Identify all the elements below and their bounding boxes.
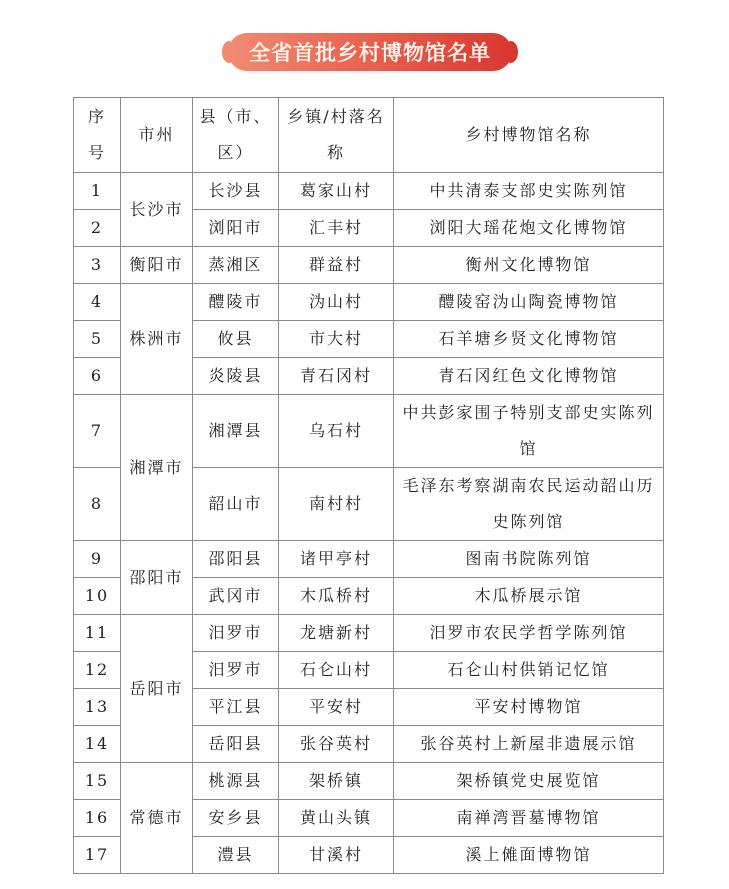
table-row: 11 岳阳市 汨罗市 龙塘新村 汨罗市农民学哲学陈列馆 — [74, 615, 664, 652]
village-cell: 诸甲亭村 — [279, 541, 394, 578]
table-row: 1 长沙市 长沙县 葛家山村 中共清泰支部史实陈列馆 — [74, 173, 664, 210]
county-cell: 浏阳市 — [193, 210, 279, 247]
row-index: 14 — [74, 726, 121, 763]
county-cell: 岳阳县 — [193, 726, 279, 763]
museum-cell: 张谷英村上新屋非遗展示馆 — [394, 726, 664, 763]
table-row: 7 湘潭市 湘潭县 乌石村 中共彭家围子特别支部史实陈列馆 — [74, 395, 664, 468]
village-cell: 龙塘新村 — [279, 615, 394, 652]
village-cell: 木瓜桥村 — [279, 578, 394, 615]
village-cell: 葛家山村 — [279, 173, 394, 210]
title-banner: 全省首批乡村博物馆名单 — [228, 33, 512, 71]
village-cell: 架桥镇 — [279, 763, 394, 800]
row-index: 12 — [74, 652, 121, 689]
county-cell: 邵阳县 — [193, 541, 279, 578]
city-cell: 长沙市 — [121, 173, 193, 247]
row-index: 4 — [74, 284, 121, 321]
county-cell: 长沙县 — [193, 173, 279, 210]
row-index: 10 — [74, 578, 121, 615]
village-cell: 南村村 — [279, 468, 394, 541]
row-index: 11 — [74, 615, 121, 652]
village-cell: 平安村 — [279, 689, 394, 726]
table-header-row: 序号 市州 县（市、区） 乡镇/村落名称 乡村博物馆名称 — [74, 98, 664, 173]
row-index: 1 — [74, 173, 121, 210]
museum-cell: 溪上傩面博物馆 — [394, 837, 664, 874]
row-index: 2 — [74, 210, 121, 247]
village-cell: 青石冈村 — [279, 358, 394, 395]
village-cell: 市大村 — [279, 321, 394, 358]
table-row: 15 常德市 桃源县 架桥镇 架桥镇党史展览馆 — [74, 763, 664, 800]
row-index: 6 — [74, 358, 121, 395]
county-cell: 韶山市 — [193, 468, 279, 541]
museum-cell: 汨罗市农民学哲学陈列馆 — [394, 615, 664, 652]
village-cell: 甘溪村 — [279, 837, 394, 874]
county-cell: 澧县 — [193, 837, 279, 874]
row-index: 13 — [74, 689, 121, 726]
header-index: 序号 — [74, 98, 121, 173]
museum-cell: 醴陵窑沩山陶瓷博物馆 — [394, 284, 664, 321]
page-title: 全省首批乡村博物馆名单 — [249, 37, 491, 67]
village-cell: 汇丰村 — [279, 210, 394, 247]
museum-cell: 图南书院陈列馆 — [394, 541, 664, 578]
museum-cell: 毛泽东考察湖南农民运动韶山历史陈列馆 — [394, 468, 664, 541]
museum-cell: 木瓜桥展示馆 — [394, 578, 664, 615]
table-row: 9 邵阳市 邵阳县 诸甲亭村 图南书院陈列馆 — [74, 541, 664, 578]
table-row: 4 株洲市 醴陵市 沩山村 醴陵窑沩山陶瓷博物馆 — [74, 284, 664, 321]
county-cell: 湘潭县 — [193, 395, 279, 468]
county-cell: 平江县 — [193, 689, 279, 726]
museum-cell: 衡州文化博物馆 — [394, 247, 664, 284]
row-index: 9 — [74, 541, 121, 578]
museum-cell: 平安村博物馆 — [394, 689, 664, 726]
city-cell: 衡阳市 — [121, 247, 193, 284]
row-index: 7 — [74, 395, 121, 468]
county-cell: 蒸湘区 — [193, 247, 279, 284]
row-index: 8 — [74, 468, 121, 541]
row-index: 15 — [74, 763, 121, 800]
county-cell: 汨罗市 — [193, 615, 279, 652]
table-row: 3 衡阳市 蒸湘区 群益村 衡州文化博物馆 — [74, 247, 664, 284]
county-cell: 炎陵县 — [193, 358, 279, 395]
city-cell: 湘潭市 — [121, 395, 193, 541]
museum-cell: 青石冈红色文化博物馆 — [394, 358, 664, 395]
village-cell: 沩山村 — [279, 284, 394, 321]
county-cell: 桃源县 — [193, 763, 279, 800]
row-index: 17 — [74, 837, 121, 874]
museum-cell: 浏阳大瑶花炮文化博物馆 — [394, 210, 664, 247]
museum-cell: 石羊塘乡贤文化博物馆 — [394, 321, 664, 358]
village-cell: 张谷英村 — [279, 726, 394, 763]
county-cell: 汨罗市 — [193, 652, 279, 689]
header-village: 乡镇/村落名称 — [279, 98, 394, 173]
village-cell: 乌石村 — [279, 395, 394, 468]
header-county: 县（市、区） — [193, 98, 279, 173]
museum-list-table: 序号 市州 县（市、区） 乡镇/村落名称 乡村博物馆名称 1 长沙市 长沙县 葛… — [73, 97, 664, 874]
village-cell: 石仑山村 — [279, 652, 394, 689]
city-cell: 株洲市 — [121, 284, 193, 395]
header-museum: 乡村博物馆名称 — [394, 98, 664, 173]
row-index: 3 — [74, 247, 121, 284]
county-cell: 醴陵市 — [193, 284, 279, 321]
museum-cell: 南禅湾晋墓博物馆 — [394, 800, 664, 837]
county-cell: 安乡县 — [193, 800, 279, 837]
museum-cell: 石仑山村供销记忆馆 — [394, 652, 664, 689]
header-city: 市州 — [121, 98, 193, 173]
row-index: 16 — [74, 800, 121, 837]
city-cell: 常德市 — [121, 763, 193, 874]
county-cell: 武冈市 — [193, 578, 279, 615]
village-cell: 黄山头镇 — [279, 800, 394, 837]
museum-cell: 中共清泰支部史实陈列馆 — [394, 173, 664, 210]
museum-cell: 中共彭家围子特别支部史实陈列馆 — [394, 395, 664, 468]
city-cell: 邵阳市 — [121, 541, 193, 615]
village-cell: 群益村 — [279, 247, 394, 284]
county-cell: 攸县 — [193, 321, 279, 358]
row-index: 5 — [74, 321, 121, 358]
city-cell: 岳阳市 — [121, 615, 193, 763]
museum-cell: 架桥镇党史展览馆 — [394, 763, 664, 800]
